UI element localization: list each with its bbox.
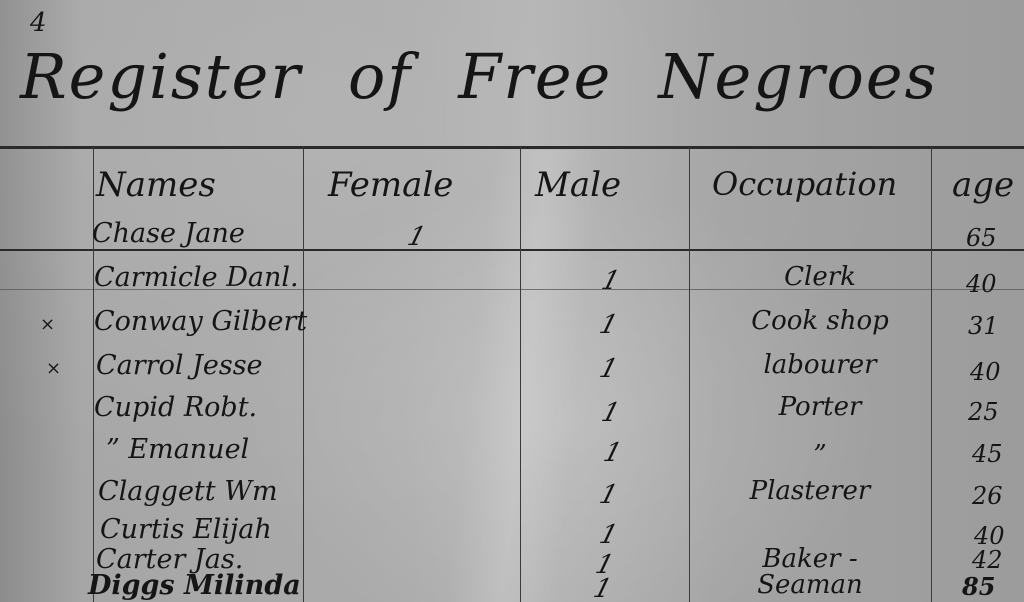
row-occupation: Clerk	[700, 262, 940, 292]
row-name: Curtis Elijah	[100, 514, 272, 545]
row-age: 45	[972, 440, 1003, 468]
title-word: Free	[458, 40, 612, 113]
column-header-names: Names	[96, 165, 216, 205]
row-age: 65	[966, 224, 997, 252]
row-age: 31	[968, 312, 999, 340]
row-age: 40	[966, 270, 997, 298]
row-occupation: ”	[700, 440, 940, 470]
title-word: Register	[20, 40, 302, 113]
header-bottom-rule	[0, 249, 1024, 251]
row-name: Carmicle Danl.	[94, 262, 299, 293]
row-male-tally: 1	[593, 480, 624, 510]
title-word: of	[348, 40, 412, 113]
row-name: Diggs Milinda	[88, 570, 301, 601]
row-male-tally: 1	[595, 398, 626, 428]
row-margin-mark: ×	[46, 358, 61, 379]
row-male-tally: 1	[593, 310, 624, 340]
paper-fold-highlight	[446, 150, 604, 602]
page-title: RegisterofFreeNegroes	[20, 40, 984, 113]
row-male-tally: 1	[597, 438, 628, 468]
row-margin-mark: ×	[40, 314, 55, 335]
column-divider	[689, 147, 690, 602]
row-name: Chase Jane	[92, 218, 245, 249]
row-occupation: Cook shop	[700, 306, 940, 336]
column-header-age: age	[952, 165, 1014, 205]
column-divider	[93, 147, 94, 602]
row-age: 42	[972, 546, 1003, 574]
row-age: 25	[968, 398, 999, 426]
row-occupation: Seaman	[690, 570, 930, 600]
row-name: Cupid Robt.	[94, 392, 257, 423]
row-name: Conway Gilbert	[94, 306, 307, 337]
row-male-tally: 1	[593, 354, 624, 384]
column-divider	[303, 147, 304, 602]
header-rule	[0, 146, 1024, 149]
register-page: 4 RegisterofFreeNegroes Names Female Mal…	[0, 0, 1024, 602]
row-name: ” Emanuel	[106, 434, 249, 465]
row-name: Claggett Wm	[98, 476, 278, 507]
row-occupation: Plasterer	[690, 476, 930, 506]
title-word: Negroes	[658, 40, 938, 113]
row-age: 40	[970, 358, 1001, 386]
page-number: 4	[30, 8, 47, 38]
column-divider	[520, 147, 521, 602]
row-name: Carrol Jesse	[96, 350, 263, 381]
row-female-tally: 1	[401, 222, 432, 252]
row-occupation: Porter	[700, 392, 940, 422]
column-header-female: Female	[328, 165, 453, 205]
row-occupation: labourer	[700, 350, 940, 380]
row-age: 85	[962, 572, 995, 601]
row-male-tally: 1	[595, 266, 626, 296]
row-age: 26	[972, 482, 1003, 510]
column-header-male: Male	[535, 165, 621, 205]
row-male-tally: 1	[593, 520, 624, 550]
column-header-occupation: Occupation	[712, 165, 897, 203]
